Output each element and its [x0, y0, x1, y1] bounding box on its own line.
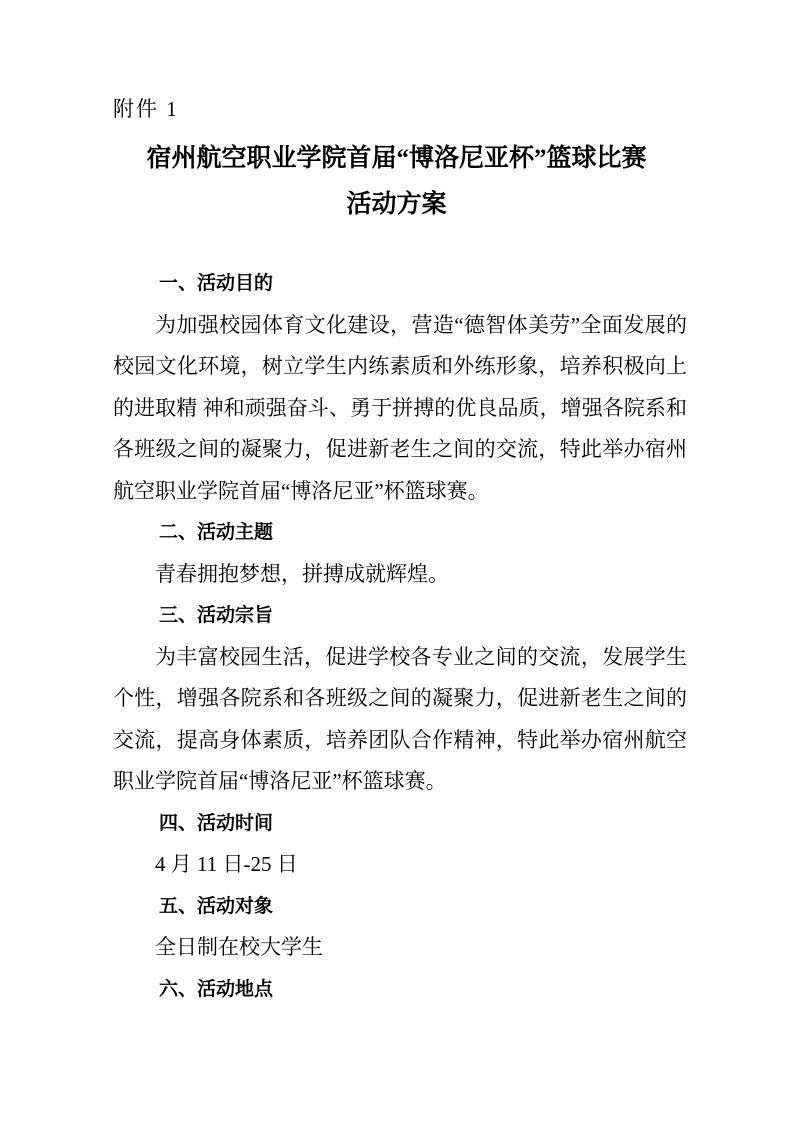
section-heading-tenet: 三、活动宗旨	[113, 595, 687, 637]
document-title-line1: 宿州航空职业学院首届“博洛尼亚杯”篮球比赛	[0, 136, 793, 182]
document-title: 宿州航空职业学院首届“博洛尼亚杯”篮球比赛 活动方案	[0, 136, 793, 228]
section-paragraph-theme: 青春拥抱梦想，拼搏成就辉煌。	[113, 554, 687, 596]
section-paragraph-purpose: 为加强校园体育文化建设，营造“德智体美劳”全面发展的校园文化环境，树立学生内练素…	[113, 305, 687, 513]
section-heading-theme: 二、活动主题	[113, 512, 687, 554]
document-page: 附件 1 宿州航空职业学院首届“博洛尼亚杯”篮球比赛 活动方案 一、活动目的 为…	[0, 0, 793, 1122]
document-title-line2: 活动方案	[0, 182, 793, 228]
section-heading-purpose: 一、活动目的	[113, 263, 687, 305]
section-paragraph-participants: 全日制在校大学生	[113, 927, 687, 969]
attachment-label: 附件 1	[113, 96, 179, 122]
section-paragraph-tenet: 为丰富校园生活，促进学校各专业之间的交流，发展学生个性，增强各院系和各班级之间的…	[113, 637, 687, 803]
section-heading-location: 六、活动地点	[113, 969, 687, 1011]
document-body: 一、活动目的 为加强校园体育文化建设，营造“德智体美劳”全面发展的校园文化环境，…	[113, 263, 687, 1010]
section-heading-time: 四、活动时间	[113, 803, 687, 845]
section-heading-participants: 五、活动对象	[113, 886, 687, 928]
section-paragraph-time: 4 月 11 日-25 日	[113, 844, 687, 886]
